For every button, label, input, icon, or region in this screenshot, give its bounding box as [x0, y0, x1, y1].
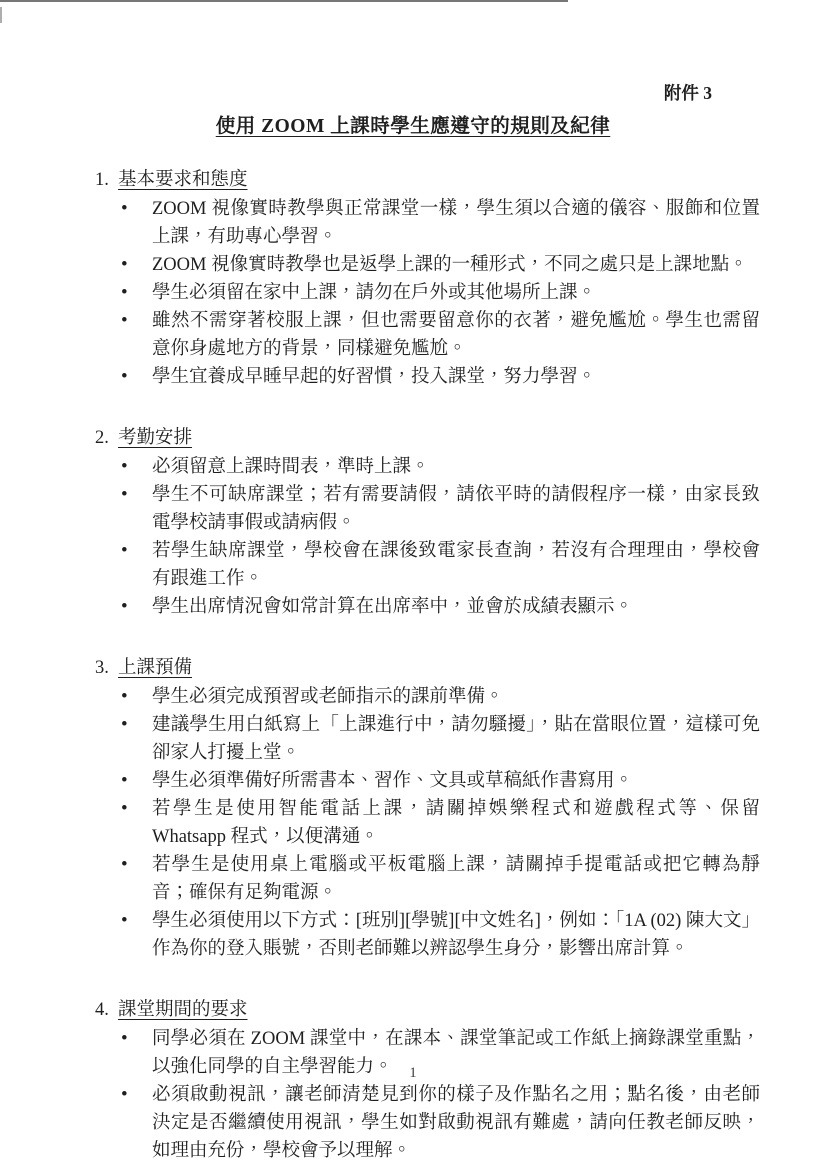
section-heading: 4.課堂期間的要求 [95, 997, 760, 1023]
document-title-row: 使用 ZOOM 上課時學生應遵守的規則及紀律 [0, 114, 826, 140]
rule-item: 雖然不需穿著校服上課，但也需要留意你的衣著，避免尷尬。學生也需留意你身處地方的背… [152, 307, 760, 363]
section-heading: 2.考勤安排 [95, 425, 760, 451]
rules-sections: 1.基本要求和態度 ZOOM 視像實時教學與正常課堂一樣，學生須以合適的儀容、服… [95, 167, 760, 1165]
document-content: 附件 3 使用 ZOOM 上課時學生應遵守的規則及紀律 1.基本要求和態度 ZO… [0, 0, 826, 1165]
rule-item: 學生不可缺席課堂；若有需要請假，請依平時的請假程序一樣，由家長致電學校請事假或請… [152, 481, 760, 537]
rules-list: 必須留意上課時間表，準時上課。 學生不可缺席課堂；若有需要請假，請依平時的請假程… [95, 453, 760, 621]
section-attendance: 2.考勤安排 必須留意上課時間表，準時上課。 學生不可缺席課堂；若有需要請假，請… [95, 425, 760, 621]
section-title: 課堂期間的要求 [118, 1000, 248, 1020]
section-number: 2. [95, 425, 118, 451]
section-number: 1. [95, 167, 118, 193]
rule-item: 學生必須使用以下方式：[班別][學號][中文姓名]，例如：「1A (02) 陳大… [152, 907, 760, 963]
section-title: 考勤安排 [118, 428, 192, 448]
section-heading: 1.基本要求和態度 [95, 167, 760, 193]
page-number: 1 [0, 1064, 826, 1082]
section-title: 基本要求和態度 [118, 170, 248, 190]
section-basic-requirements: 1.基本要求和態度 ZOOM 視像實時教學與正常課堂一樣，學生須以合適的儀容、服… [95, 167, 760, 391]
rule-item: ZOOM 視像實時教學也是返學上課的一種形式，不同之處只是上課地點。 [152, 251, 760, 279]
rule-item: 建議學生用白紙寫上「上課進行中，請勿騷擾」，貼在當眼位置，這樣可免卻家人打擾上堂… [152, 711, 760, 767]
rules-list: 同學必須在 ZOOM 課堂中，在課本、課堂筆記或工作紙上摘錄課堂重點，以強化同學… [95, 1025, 760, 1165]
rule-item: 若學生是使用桌上電腦或平板電腦上課，請關掉手提電話或把它轉為靜音；確保有足夠電源… [152, 851, 760, 907]
rule-item: 若學生缺席課堂，學校會在課後致電家長查詢，若沒有合理理由，學校會有跟進工作。 [152, 537, 760, 593]
rule-item: 學生出席情況會如常計算在出席率中，並會於成績表顯示。 [152, 593, 760, 621]
rule-item: 必須留意上課時間表，準時上課。 [152, 453, 760, 481]
rule-item: ZOOM 視像實時教學與正常課堂一樣，學生須以合適的儀容、服飾和位置上課，有助專… [152, 195, 760, 251]
rule-item: 學生宜養成早睡早起的好習慣，投入課堂，努力學習。 [152, 363, 760, 391]
attachment-label: 附件 3 [0, 82, 826, 104]
rule-item: 學生必須留在家中上課，請勿在戶外或其他場所上課。 [152, 279, 760, 307]
section-heading: 3.上課預備 [95, 655, 760, 681]
section-number: 4. [95, 997, 118, 1023]
rule-item: 必須啟動視訊，讓老師清楚見到你的樣子及作點名之用；點名後，由老師決定是否繼續使用… [152, 1081, 760, 1165]
document-title: 使用 ZOOM 上課時學生應遵守的規則及紀律 [216, 116, 611, 137]
rule-item: 若學生是使用智能電話上課，請關掉娛樂程式和遊戲程式等、保留 Whatsapp 程… [152, 795, 760, 851]
section-class-preparation: 3.上課預備 學生必須完成預習或老師指示的課前準備。 建議學生用白紙寫上「上課進… [95, 655, 760, 963]
scanned-document-page: 附件 3 使用 ZOOM 上課時學生應遵守的規則及紀律 1.基本要求和態度 ZO… [0, 0, 826, 1168]
section-number: 3. [95, 655, 118, 681]
rules-list: ZOOM 視像實時教學與正常課堂一樣，學生須以合適的儀容、服飾和位置上課，有助專… [95, 195, 760, 391]
rule-item: 學生必須準備好所需書本、習作、文具或草稿紙作書寫用。 [152, 767, 760, 795]
rules-list: 學生必須完成預習或老師指示的課前準備。 建議學生用白紙寫上「上課進行中，請勿騷擾… [95, 683, 760, 963]
rule-item: 學生必須完成預習或老師指示的課前準備。 [152, 683, 760, 711]
section-title: 上課預備 [118, 658, 192, 678]
